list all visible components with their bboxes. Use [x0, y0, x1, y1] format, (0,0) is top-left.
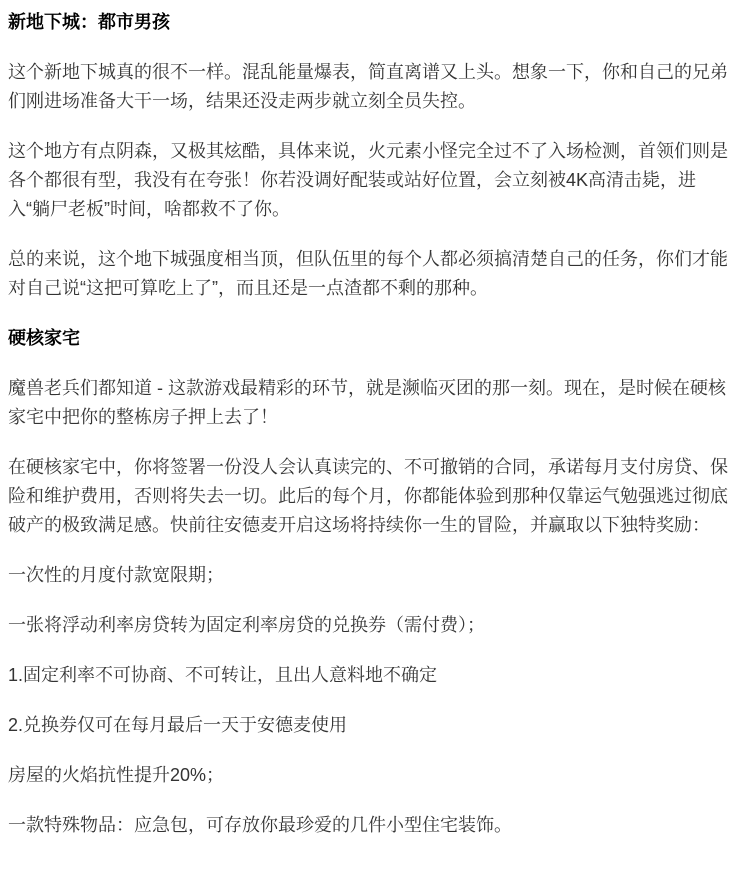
- paragraph-reward-item: 一款特殊物品：应急包，可存放你最珍爱的几件小型住宅装饰。: [8, 811, 728, 840]
- section-heading-new-dungeon: 新地下城：都市男孩: [8, 8, 728, 37]
- article-page: 新地下城：都市男孩 这个新地下城真的很不一样。混乱能量爆表，简直离谱又上头。想象…: [0, 0, 736, 879]
- paragraph: 这个新地下城真的很不一样。混乱能量爆表，简直离谱又上头。想象一下，你和自己的兄弟…: [8, 58, 728, 116]
- section-heading-hardcore-housing: 硬核家宅: [8, 324, 728, 353]
- paragraph-reward-item: 一张将浮动利率房贷转为固定利率房贷的兑换券（需付费）；: [8, 611, 728, 640]
- paragraph-reward-item: 房屋的火焰抗性提升20%；: [8, 761, 728, 790]
- paragraph-reward-item: 一次性的月度付款宽限期；: [8, 561, 728, 590]
- paragraph: 总的来说，这个地下城强度相当顶，但队伍里的每个人都必须搞清楚自己的任务，你们才能…: [8, 245, 728, 303]
- paragraph: 魔兽老兵们都知道 - 这款游戏最精彩的环节，就是濒临灭团的那一刻。现在，是时候在…: [8, 374, 728, 432]
- paragraph-reward-note: 2.兑换券仅可在每月最后一天于安德麦使用: [8, 711, 728, 740]
- paragraph-reward-note: 1.固定利率不可协商、不可转让，且出人意料地不确定: [8, 661, 728, 690]
- paragraph: 这个地方有点阴森，又极其炫酷，具体来说，火元素小怪完全过不了入场检测，首领们则是…: [8, 137, 728, 224]
- paragraph: 在硬核家宅中，你将签署一份没人会认真读完的、不可撤销的合同，承诺每月支付房贷、保…: [8, 453, 728, 540]
